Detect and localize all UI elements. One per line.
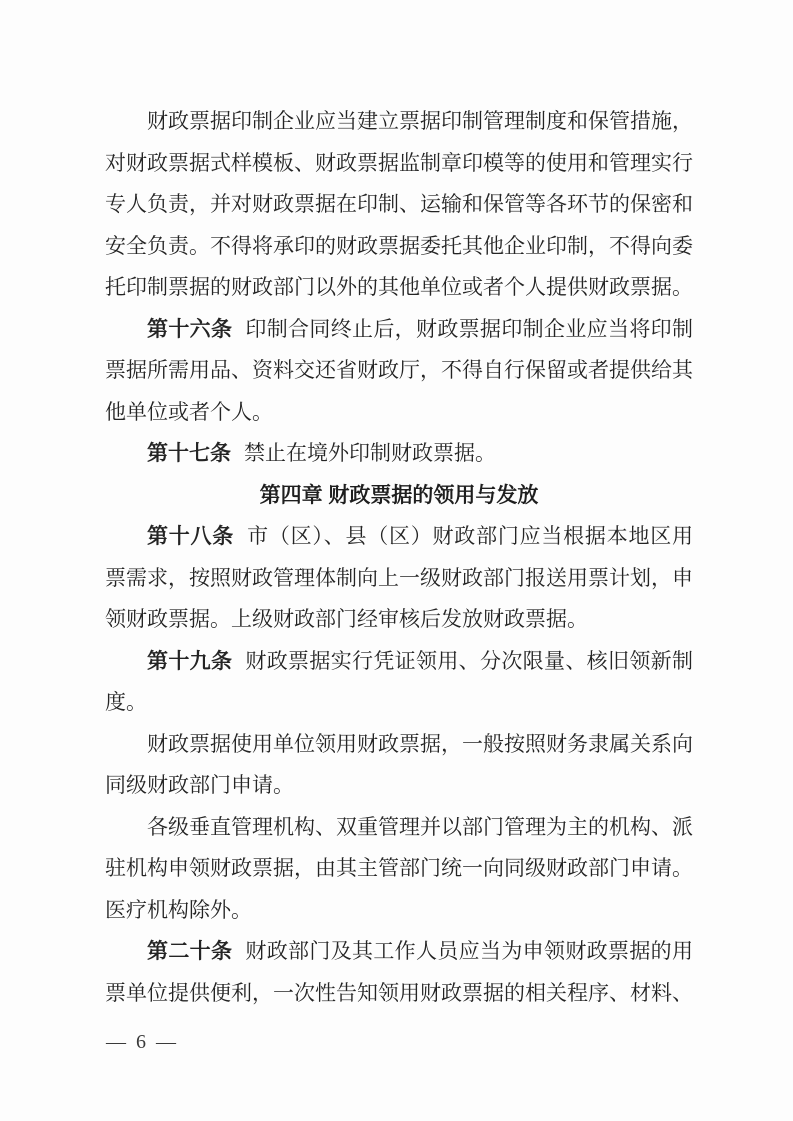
document-body: 财政票据印制企业应当建立票据印制管理制度和保管措施，对财政票据式样模板、财政票据…	[105, 0, 693, 1014]
article-20-paragraph: 第二十条财政部门及其工作人员应当为申领财政票据的用票单位提供便利，一次性告知领用…	[105, 931, 693, 1014]
paragraph-printing-enterprise-duties: 财政票据印制企业应当建立票据印制管理制度和保管措施，对财政票据式样模板、财政票据…	[105, 101, 693, 309]
chapter-4-heading: 第四章 财政票据的领用与发放	[105, 475, 693, 517]
paragraph-vertical-management: 各级垂直管理机构、双重管理并以部门管理为主的机构、派驻机构申领财政票据，由其主管…	[105, 807, 693, 932]
paragraph-text: 财政票据使用单位领用财政票据，一般按照财务隶属关系向同级财政部门申请。	[105, 732, 693, 798]
article-18-label: 第十八条	[147, 525, 234, 548]
article-17-paragraph: 第十七条禁止在境外印制财政票据。	[105, 433, 693, 475]
paragraph-text: 禁止在境外印制财政票据。	[244, 441, 496, 465]
article-20-label: 第二十条	[147, 940, 232, 963]
paragraph-text: 财政票据印制企业应当建立票据印制管理制度和保管措施，对财政票据式样模板、财政票据…	[105, 109, 693, 299]
article-18-paragraph: 第十八条市（区）、县（区）财政部门应当根据本地区用票需求，按照财政管理体制向上一…	[105, 516, 693, 641]
article-16-label: 第十六条	[147, 318, 232, 341]
document-page: 财政票据印制企业应当建立票据印制管理制度和保管措施，对财政票据式样模板、财政票据…	[0, 0, 793, 1121]
article-19-paragraph: 第十九条财政票据实行凭证领用、分次限量、核旧领新制度。	[105, 641, 693, 724]
article-17-label: 第十七条	[147, 442, 231, 465]
paragraph-text: 各级垂直管理机构、双重管理并以部门管理为主的机构、派驻机构申领财政票据，由其主管…	[105, 815, 693, 922]
paragraph-unit-application: 财政票据使用单位领用财政票据，一般按照财务隶属关系向同级财政部门申请。	[105, 724, 693, 807]
article-19-label: 第十九条	[147, 650, 232, 673]
article-16-paragraph: 第十六条印制合同终止后，财政票据印制企业应当将印制票据所需用品、资料交还省财政厅…	[105, 309, 693, 434]
page-number: — 6 —	[106, 1030, 176, 1054]
